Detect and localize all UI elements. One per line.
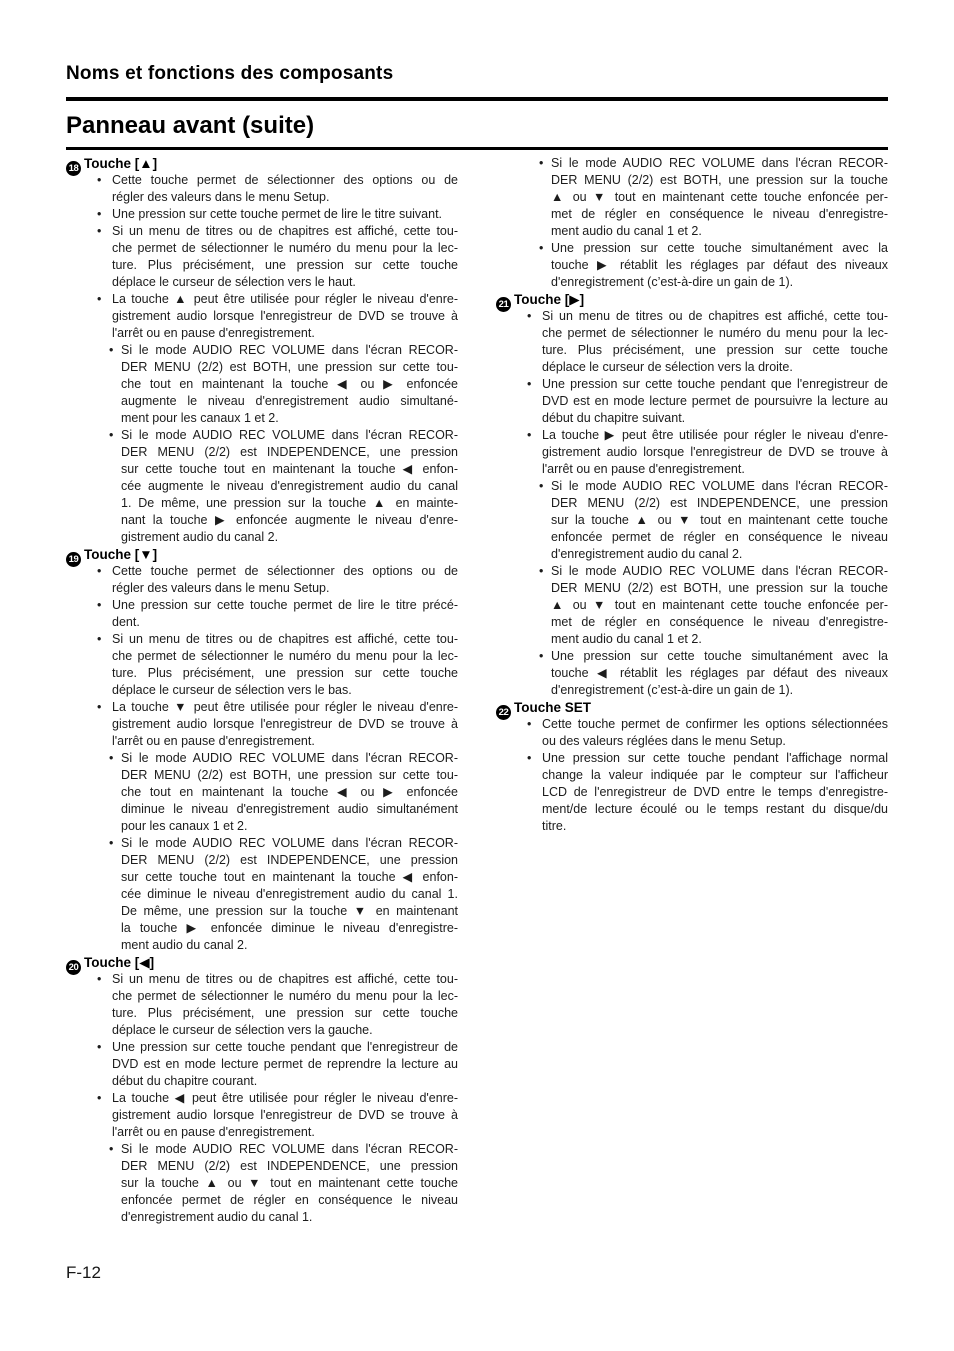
- item-heading: 20Touche [◀]: [66, 954, 458, 971]
- text-line: ▲ ou ▼ tout en maintenant cette touche e…: [551, 597, 888, 614]
- text-line: Si un menu de titres ou de chapitres est…: [112, 223, 458, 240]
- text-line: gistrement audio lorsque l'enregistreur …: [112, 308, 458, 325]
- text-line: che permet de sélectionner le numéro du …: [112, 648, 458, 665]
- bullet-item: •Si un menu de titres ou de chapitres es…: [527, 308, 888, 376]
- bullet-icon: •: [97, 597, 101, 614]
- item-heading: 22Touche SET: [496, 699, 888, 716]
- bullet-item: •Si le mode AUDIO REC VOLUME dans l'écra…: [539, 478, 888, 563]
- text-line: Si le mode AUDIO REC VOLUME dans l'écran…: [551, 563, 888, 580]
- text-line: touche ◀ rétablit les réglages par défau…: [551, 665, 888, 682]
- bullet-item: •Si le mode AUDIO REC VOLUME dans l'écra…: [109, 342, 458, 427]
- text-line: l'arrêt ou en pause d'enregistrement.: [112, 733, 458, 750]
- text-line: che tout en maintenant la touche ◀ ou ▶ …: [121, 376, 458, 393]
- text-line: Si le mode AUDIO REC VOLUME dans l'écran…: [121, 427, 458, 444]
- bullet-icon: •: [527, 750, 531, 767]
- bullet-item: •Si un menu de titres ou de chapitres es…: [97, 223, 458, 291]
- two-column-body: 18Touche [▲]•Cette touche permet de séle…: [66, 155, 888, 1226]
- text-line: DER MENU (2/2) est BOTH, une pression su…: [121, 359, 458, 376]
- text-line: sur la touche ▲ ou ▼ tout en maintenant …: [121, 1175, 458, 1192]
- text-line: ▲ ou ▼ tout en maintenant cette touche e…: [551, 189, 888, 206]
- bullet-item: •Si le mode AUDIO REC VOLUME dans l'écra…: [109, 1141, 458, 1226]
- item-heading: 19Touche [▼]: [66, 546, 458, 563]
- text-line: touche ▶ rétablit les réglages par défau…: [551, 257, 888, 274]
- text-line: d'enregistrement (c’est-à-dire un gain d…: [551, 274, 888, 291]
- manual-page: Noms et fonctions des composants Panneau…: [0, 0, 954, 1351]
- bullet-item: •Une pression sur cette touche pendant q…: [527, 376, 888, 427]
- text-line: La touche ▼ peut être utilisée pour régl…: [112, 699, 458, 716]
- bullet-item: •Si le mode AUDIO REC VOLUME dans l'écra…: [109, 835, 458, 954]
- bullet-item: •Cette touche permet de sélectionner des…: [97, 563, 458, 597]
- text-line: enfoncée permet de régler en conséquence…: [121, 1192, 458, 1209]
- text-line: ture. Plus précisément, une pression sur…: [112, 665, 458, 682]
- text-line: Une pression sur cette touche pendant qu…: [542, 376, 888, 393]
- text-line: ture. Plus précisément, une pression sur…: [112, 257, 458, 274]
- text-line: DVD est en mode lecture permet de poursu…: [542, 393, 888, 410]
- bullet-item: •Une pression sur cette touche pendant l…: [527, 750, 888, 835]
- text-line: Si le mode AUDIO REC VOLUME dans l'écran…: [121, 750, 458, 767]
- text-line: déplace le curseur de sélection vers le …: [112, 682, 458, 699]
- text-line: ment/de lecture écoulé ou le temps resta…: [542, 801, 888, 818]
- text-line: DER MENU (2/2) est INDEPENDENCE, une pre…: [551, 495, 888, 512]
- text-line: sur cette touche tout en maintenant la t…: [121, 461, 458, 478]
- text-line: Si un menu de titres ou de chapitres est…: [542, 308, 888, 325]
- bullet-item: •Une pression sur cette touche permet de…: [97, 206, 458, 223]
- page-number: F-12: [66, 1263, 101, 1283]
- text-line: d'enregistrement audio du canal 1.: [121, 1209, 458, 1226]
- title-rule: [66, 147, 888, 150]
- text-line: che permet de sélectionner le numéro du …: [112, 240, 458, 257]
- text-line: régler des valeurs dans le menu Setup.: [112, 580, 458, 597]
- text-line: Cette touche permet de sélectionner des …: [112, 172, 458, 189]
- text-line: La touche ▲ peut être utilisée pour régl…: [112, 291, 458, 308]
- text-line: Une pression sur cette touche simultaném…: [551, 648, 888, 665]
- text-line: enfoncée permet de régler en conséquence…: [551, 529, 888, 546]
- text-line: l'arrêt ou en pause d'enregistrement.: [112, 1124, 458, 1141]
- text-line: gistrement audio lorsque l'enregistreur …: [112, 1107, 458, 1124]
- item-number-badge: 19: [66, 552, 81, 567]
- bullet-icon: •: [539, 240, 543, 257]
- text-line: l'arrêt ou en pause d'enregistrement.: [112, 325, 458, 342]
- text-line: ment audio du canal 2.: [121, 937, 458, 954]
- text-line: ment audio du canal 1 et 2.: [551, 223, 888, 240]
- bullet-icon: •: [97, 223, 101, 240]
- bullet-icon: •: [527, 308, 531, 325]
- text-line: titre.: [542, 818, 888, 835]
- bullet-icon: •: [527, 716, 531, 733]
- text-line: Si le mode AUDIO REC VOLUME dans l'écran…: [121, 835, 458, 852]
- text-line: sur la touche ▲ ou ▼ tout en maintenant …: [551, 512, 888, 529]
- text-line: DER MENU (2/2) est INDEPENDENCE, une pre…: [121, 852, 458, 869]
- bullet-item: •Une pression sur cette touche permet de…: [97, 597, 458, 631]
- text-line: ment audio du canal 1 et 2.: [551, 631, 888, 648]
- page-title: Panneau avant (suite): [66, 111, 888, 140]
- text-line: ture. Plus précisément, une pression sur…: [542, 342, 888, 359]
- text-line: la touche ▶ enfoncée diminue le niveau d…: [121, 920, 458, 937]
- bullet-icon: •: [97, 291, 101, 308]
- bullet-icon: •: [539, 155, 543, 172]
- bullet-item: •Une pression sur cette touche simultané…: [539, 240, 888, 291]
- item-number-badge: 18: [66, 161, 81, 176]
- item-number-badge: 20: [66, 960, 81, 975]
- text-line: gistrement audio lorsque l'enregistreur …: [542, 444, 888, 461]
- bullet-icon: •: [97, 206, 101, 223]
- bullet-item: •Une pression sur cette touche simultané…: [539, 648, 888, 699]
- text-line: augmente le niveau d'enregistrement audi…: [121, 393, 458, 410]
- text-line: che permet de sélectionner le numéro du …: [542, 325, 888, 342]
- bullet-icon: •: [109, 750, 113, 767]
- item-title: Touche [▲]: [84, 156, 157, 171]
- text-line: Cette touche permet de sélectionner des …: [112, 563, 458, 580]
- right-column: •Si le mode AUDIO REC VOLUME dans l'écra…: [496, 155, 888, 1226]
- bullet-icon: •: [539, 478, 543, 495]
- bullet-item: •Si le mode AUDIO REC VOLUME dans l'écra…: [109, 750, 458, 835]
- bullet-icon: •: [109, 427, 113, 444]
- text-line: Une pression sur cette touche pendant l'…: [542, 750, 888, 767]
- item-title: Touche [▶]: [514, 292, 584, 307]
- text-line: Si le mode AUDIO REC VOLUME dans l'écran…: [121, 1141, 458, 1158]
- text-line: DER MENU (2/2) est BOTH, une pression su…: [121, 767, 458, 784]
- text-line: début du chapitre suivant.: [542, 410, 888, 427]
- text-line: début du chapitre courant.: [112, 1073, 458, 1090]
- text-line: met de régler en conséquence le niveau d…: [551, 206, 888, 223]
- bullet-icon: •: [97, 971, 101, 988]
- text-line: DVD est en mode lecture permet de repren…: [112, 1056, 458, 1073]
- bullet-icon: •: [539, 563, 543, 580]
- text-line: d'enregistrement audio du canal 2.: [551, 546, 888, 563]
- text-line: Une pression sur cette touche permet de …: [112, 206, 458, 223]
- text-line: DER MENU (2/2) est BOTH, une pression su…: [551, 172, 888, 189]
- text-line: DER MENU (2/2) est INDEPENDENCE, une pre…: [121, 444, 458, 461]
- text-line: Une pression sur cette touche pendant qu…: [112, 1039, 458, 1056]
- text-line: ment pour les canaux 1 et 2.: [121, 410, 458, 427]
- bullet-item: •Si le mode AUDIO REC VOLUME dans l'écra…: [539, 563, 888, 648]
- text-line: La touche ▶ peut être utilisée pour régl…: [542, 427, 888, 444]
- bullet-item: •La touche ▼ peut être utilisée pour rég…: [97, 699, 458, 750]
- text-line: Une pression sur cette touche permet de …: [112, 597, 458, 614]
- text-line: La touche ◀ peut être utilisée pour régl…: [112, 1090, 458, 1107]
- text-line: change la valeur indiquée par le compteu…: [542, 767, 888, 784]
- text-line: Si un menu de titres ou de chapitres est…: [112, 971, 458, 988]
- text-line: DER MENU (2/2) est BOTH, une pression su…: [551, 580, 888, 597]
- text-line: Si le mode AUDIO REC VOLUME dans l'écran…: [551, 478, 888, 495]
- bullet-icon: •: [97, 1090, 101, 1107]
- text-line: diminue le niveau d'enregistrement audio…: [121, 801, 458, 818]
- text-line: Si le mode AUDIO REC VOLUME dans l'écran…: [121, 342, 458, 359]
- bullet-item: •Si un menu de titres ou de chapitres es…: [97, 971, 458, 1039]
- text-line: Une pression sur cette touche simultaném…: [551, 240, 888, 257]
- text-line: gistrement audio du canal 2.: [121, 529, 458, 546]
- item-number-badge: 21: [496, 297, 511, 312]
- item-title: Touche [◀]: [84, 955, 154, 970]
- text-line: nant la touche ▶ enfoncée augmente le ni…: [121, 512, 458, 529]
- bullet-icon: •: [97, 172, 101, 189]
- bullet-item: •Si un menu de titres ou de chapitres es…: [97, 631, 458, 699]
- bullet-icon: •: [109, 1141, 113, 1158]
- left-column: 18Touche [▲]•Cette touche permet de séle…: [66, 155, 458, 1226]
- bullet-item: •Si le mode AUDIO REC VOLUME dans l'écra…: [539, 155, 888, 240]
- bullet-icon: •: [97, 563, 101, 580]
- item-number-badge: 22: [496, 705, 511, 720]
- bullet-icon: •: [97, 1039, 101, 1056]
- text-line: met de régler en conséquence le niveau d…: [551, 614, 888, 631]
- bullet-item: •Cette touche permet de sélectionner des…: [97, 172, 458, 206]
- item-title: Touche SET: [514, 700, 591, 715]
- text-line: Si un menu de titres ou de chapitres est…: [112, 631, 458, 648]
- bullet-icon: •: [97, 631, 101, 648]
- text-line: 1. De même, une pression sur la touche ▲…: [121, 495, 458, 512]
- text-line: d'enregistrement (c’est-à-dire un gain d…: [551, 682, 888, 699]
- item-heading: 21Touche [▶]: [496, 291, 888, 308]
- text-line: déplace le curseur de sélection vers la …: [542, 359, 888, 376]
- text-line: Cette touche permet de confirmer les opt…: [542, 716, 888, 733]
- bullet-item: •Si le mode AUDIO REC VOLUME dans l'écra…: [109, 427, 458, 546]
- bullet-icon: •: [109, 835, 113, 852]
- text-line: dent.: [112, 614, 458, 631]
- bullet-icon: •: [527, 376, 531, 393]
- text-line: l'arrêt ou en pause d'enregistrement.: [542, 461, 888, 478]
- bullet-icon: •: [527, 427, 531, 444]
- header-rule: [66, 97, 888, 101]
- text-line: che permet de sélectionner le numéro du …: [112, 988, 458, 1005]
- text-line: sur cette touche tout en maintenant la t…: [121, 869, 458, 886]
- text-line: pour les canaux 1 et 2.: [121, 818, 458, 835]
- text-line: ou des valeurs réglées dans le menu Setu…: [542, 733, 888, 750]
- bullet-item: •Une pression sur cette touche pendant q…: [97, 1039, 458, 1090]
- text-line: DER MENU (2/2) est INDEPENDENCE, une pre…: [121, 1158, 458, 1175]
- text-line: LCD de l'enregistreur de DVD entre le te…: [542, 784, 888, 801]
- bullet-icon: •: [539, 648, 543, 665]
- item-heading: 18Touche [▲]: [66, 155, 458, 172]
- bullet-icon: •: [109, 342, 113, 359]
- bullet-item: •La touche ▶ peut être utilisée pour rég…: [527, 427, 888, 478]
- bullet-item: •La touche ▲ peut être utilisée pour rég…: [97, 291, 458, 342]
- text-line: déplace le curseur de sélection vers le …: [112, 274, 458, 291]
- bullet-item: •Cette touche permet de confirmer les op…: [527, 716, 888, 750]
- item-title: Touche [▼]: [84, 547, 157, 562]
- text-line: che tout en maintenant la touche ◀ ou ▶ …: [121, 784, 458, 801]
- text-line: De même, une pression sur la touche ▼ en…: [121, 903, 458, 920]
- text-line: ture. Plus précisément, une pression sur…: [112, 1005, 458, 1022]
- text-line: déplace le curseur de sélection vers la …: [112, 1022, 458, 1039]
- text-line: cée diminue le niveau d'enregistrement a…: [121, 886, 458, 903]
- bullet-icon: •: [97, 699, 101, 716]
- text-line: cée augmente le niveau d'enregistrement …: [121, 478, 458, 495]
- text-line: régler des valeurs dans le menu Setup.: [112, 189, 458, 206]
- text-line: gistrement audio lorsque l'enregistreur …: [112, 716, 458, 733]
- text-line: Si le mode AUDIO REC VOLUME dans l'écran…: [551, 155, 888, 172]
- section-title: Noms et fonctions des composants: [66, 62, 888, 85]
- bullet-item: •La touche ◀ peut être utilisée pour rég…: [97, 1090, 458, 1141]
